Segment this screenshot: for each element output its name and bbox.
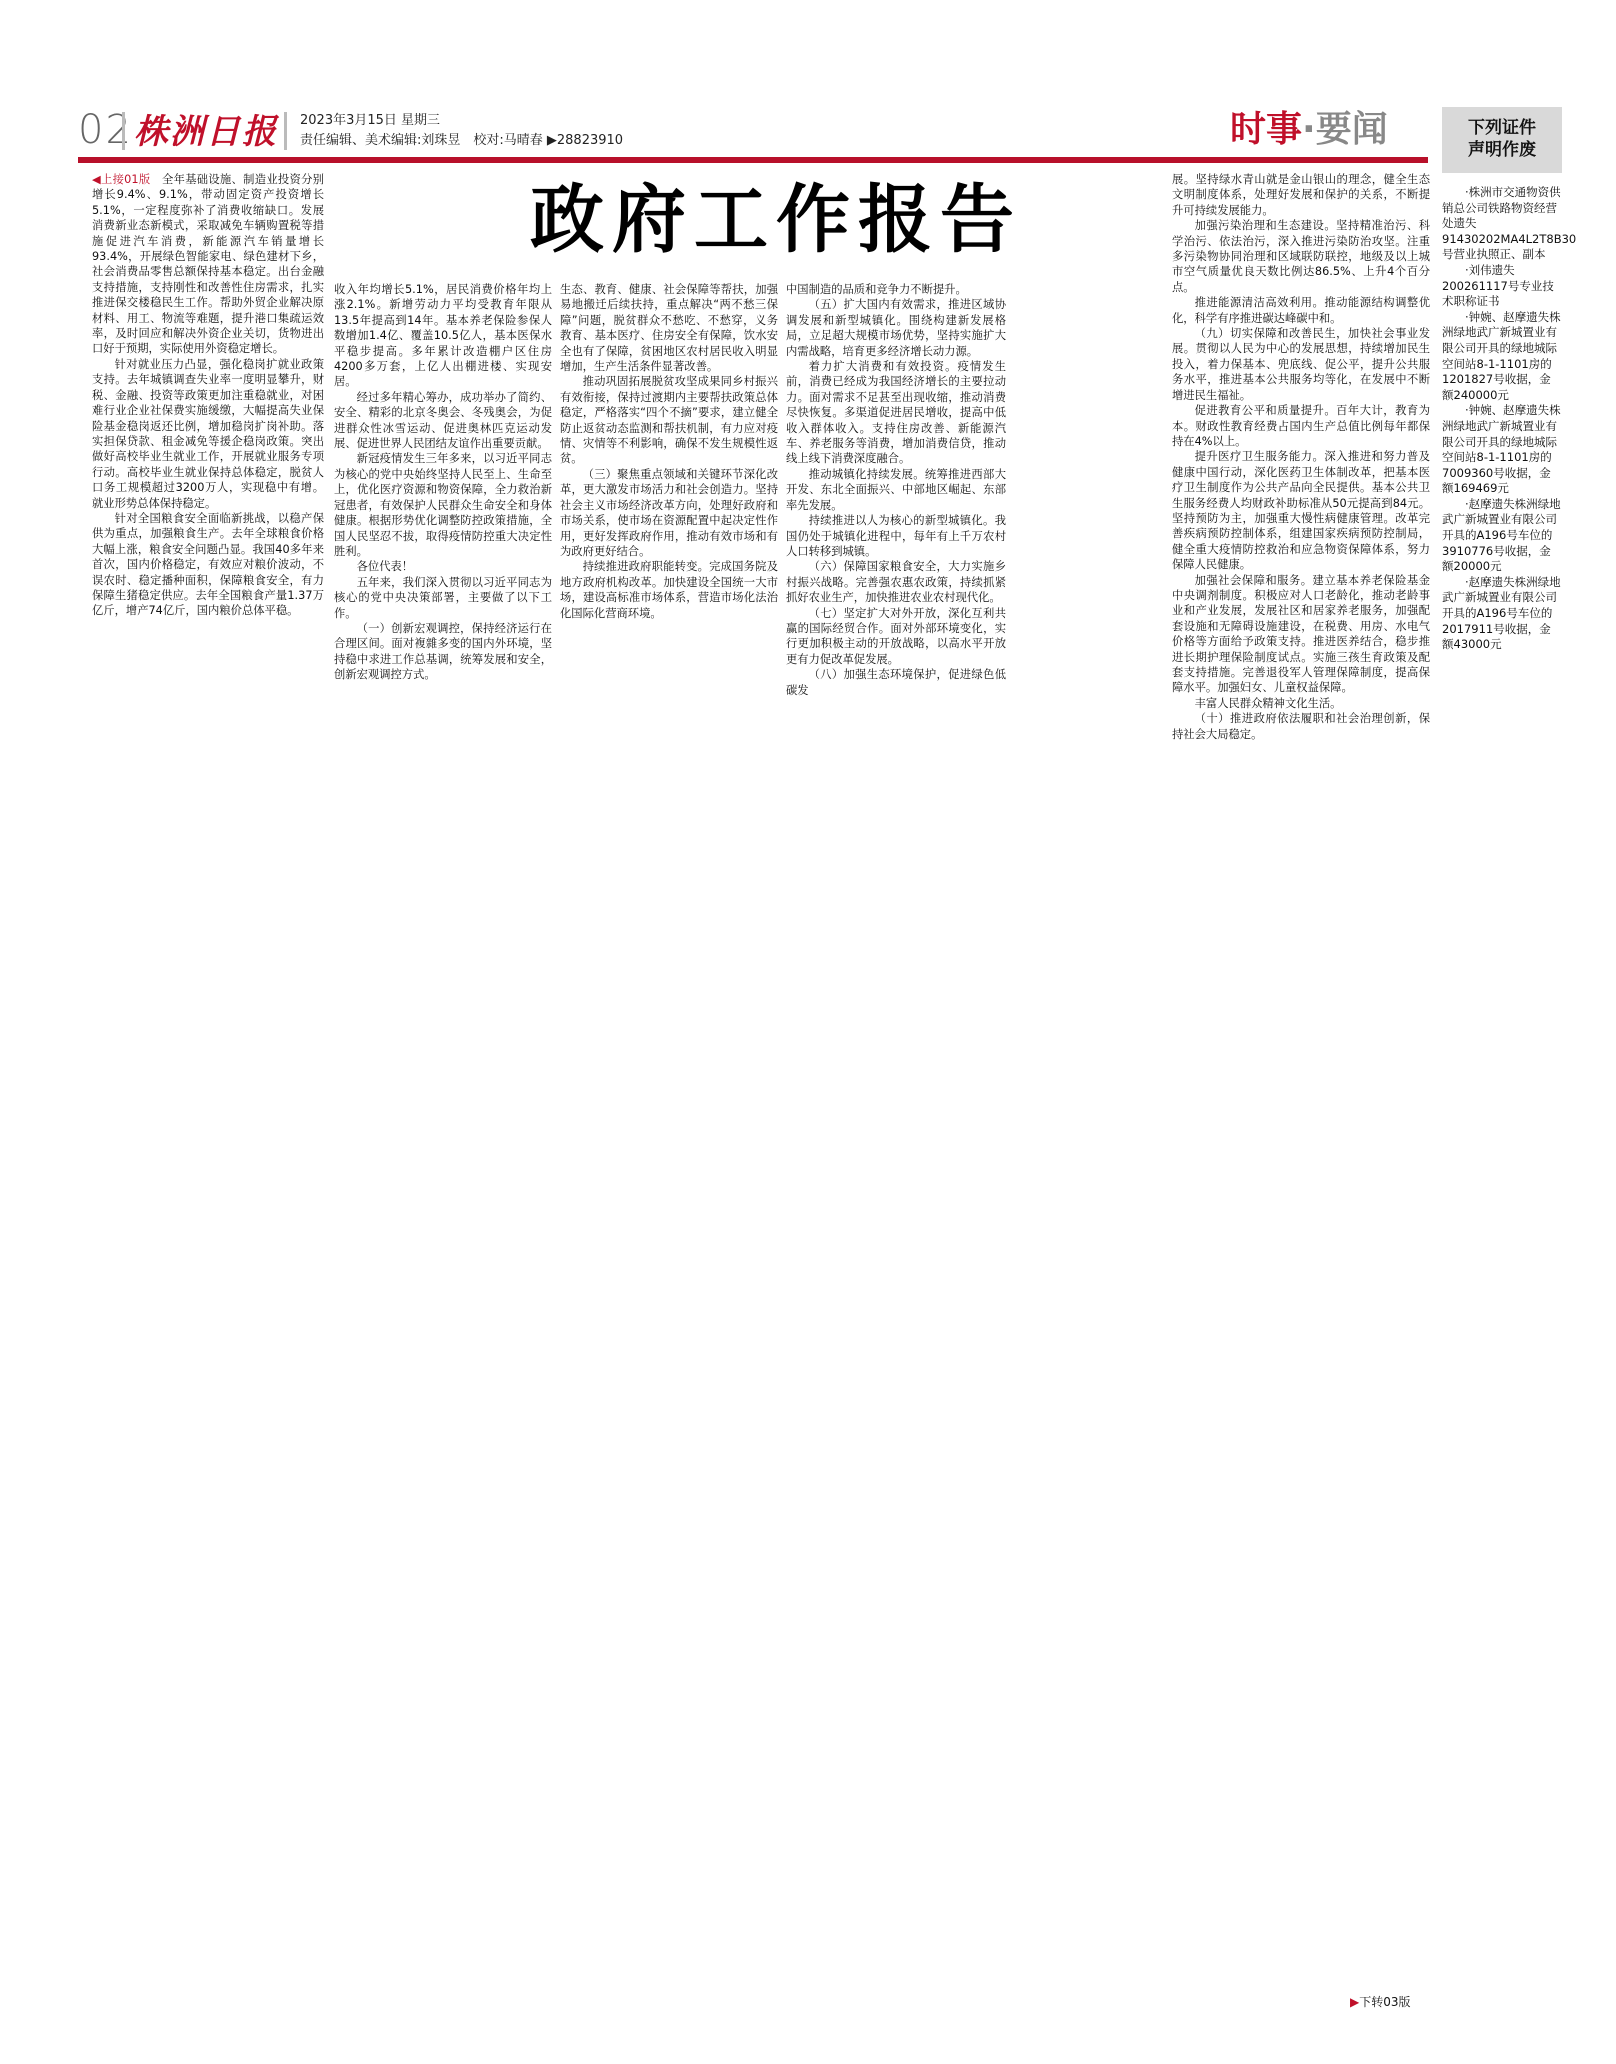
- article-column-1: ◀上接01版 全年基础设施、制造业投资分别增长9.4%、9.1%，带动固定资产投…: [92, 172, 324, 2032]
- section-title-primary: 时事: [1230, 109, 1302, 150]
- continued-to-label: 下转03版: [1359, 1995, 1410, 2009]
- paragraph: 促进教育公平和质量提升。百年大计，教育为本。财政性教育经费占国内生产总值比例每年…: [1172, 403, 1430, 449]
- paragraph: 加强污染治理和生态建设。坚持精准治污、科学治污、依法治污，深入推进污染防治攻坚。…: [1172, 218, 1430, 295]
- paragraph: 加强社会保障和服务。建立基本养老保险基金中央调剂制度。积极应对人口老龄化，推动老…: [1172, 573, 1430, 696]
- newspaper-logo: 株洲日报: [134, 112, 278, 152]
- notice-box-line2: 声明作废: [1442, 139, 1562, 161]
- paragraph: 针对全国粮食安全面临新挑战，以稳产保供为重点，加强粮食生产。去年全球粮食价格大幅…: [92, 511, 324, 619]
- paragraph: （一）创新宏观调控，保持经济运行在合理区间。面对複雜多变的国内外环境，坚持稳中求…: [334, 621, 552, 683]
- notice-item: ·刘伟遗失200261117号专业技术职称证书: [1442, 263, 1562, 310]
- paragraph: （七）坚定扩大对外开放，深化互利共赢的国际经贸合作。面对外部环境变化，实行更加积…: [786, 606, 1006, 668]
- masthead: 02 株洲日报 2023年3月15日 星期三 责任编辑、美术编辑:刘珠昱 校对:…: [78, 108, 1418, 156]
- notice-item: ·钟婉、赵摩遗失株洲绿地武广新城置业有限公司开具的绿地城际空间站8-1-1101…: [1442, 310, 1562, 404]
- divider: [122, 112, 125, 150]
- paragraph: 展。坚持绿水青山就是金山银山的理念，健全生态文明制度体系，处理好发展和保护的关系…: [1172, 172, 1430, 218]
- paragraph: （十）推进政府依法履职和社会治理创新，保持社会大局稳定。: [1172, 711, 1430, 742]
- paragraph: 持续推进以人为核心的新型城镇化。我国仍处于城镇化进程中，每年有上千万农村人口转移…: [786, 513, 1006, 559]
- article-headline: 政府工作报告: [530, 175, 1022, 265]
- arrow-right-icon: ▶: [1350, 1995, 1359, 2009]
- notice-item: ·赵摩遗失株洲绿地武广新城置业有限公司开具的A196号车位的3910776号收据…: [1442, 497, 1562, 575]
- notice-item: ·钟婉、赵摩遗失株洲绿地武广新城置业有限公司开具的绿地城际空间站8-1-1101…: [1442, 403, 1562, 497]
- paragraph: 生态、教育、健康、社会保障等帮扶，加强易地搬迁后续扶持，重点解决“两不愁三保障”…: [560, 282, 778, 374]
- notice-item: ·赵摩遗失株洲绿地武广新城置业有限公司开具的A196号车位的2017911号收据…: [1442, 575, 1562, 653]
- editor-credits: 责任编辑、美术编辑:刘珠昱 校对:马晴春 ▶28823910: [300, 132, 623, 150]
- paragraph: 经过多年精心筹办，成功举办了简约、安全、精彩的北京冬奥会、冬残奥会，为促进群众性…: [334, 390, 552, 452]
- paragraph: 丰富人民群众精神文化生活。: [1172, 696, 1430, 711]
- notice-item: ·株洲市交通物资供销总公司铁路物资经营处遗失91430202MA4L2T8B30…: [1442, 185, 1562, 263]
- paragraph: 着力扩大消费和有效投资。疫情发生前，消费已经成为我国经济增长的主要拉动力。面对需…: [786, 359, 1006, 467]
- paragraph: 推动城镇化持续发展。统筹推进西部大开发、东北全面振兴、中部地区崛起、东部率先发展…: [786, 467, 1006, 513]
- article-column-3: 生态、教育、健康、社会保障等帮扶，加强易地搬迁后续扶持，重点解决“两不愁三保障”…: [560, 282, 778, 2032]
- paragraph: 推进能源清洁高效利用。推动能源结构调整优化，科学有序推进碳达峰碳中和。: [1172, 295, 1430, 326]
- article-column-5: 展。坚持绿水青山就是金山银山的理念，健全生态文明制度体系，处理好发展和保护的关系…: [1172, 172, 1430, 1987]
- paragraph: （三）聚焦重点领域和关键环节深化改革，更大激发市场活力和社会创造力。坚持社会主义…: [560, 467, 778, 559]
- paragraph: 持续推进政府职能转变。完成国务院及地方政府机构改革。加快建设全国统一大市场，建设…: [560, 559, 778, 621]
- paragraph: 收入年均增长5.1%，居民消费价格年均上涨2.1%。新增劳动力平均受教育年限从1…: [334, 282, 552, 390]
- paragraph: 推动巩固拓展脱贫攻坚成果同乡村振兴有效衔接，保持过渡期内主要帮扶政策总体稳定，严…: [560, 374, 778, 466]
- section-dot: ·: [1302, 109, 1316, 150]
- paragraph: （六）保障国家粮食安全，大力实施乡村振兴战略。完善强农惠农政策，持续抓紧抓好农业…: [786, 559, 1006, 605]
- paragraph: （九）切实保障和改善民生，加快社会事业发展。贯彻以人民为中心的发展思想，持续增加…: [1172, 326, 1430, 403]
- lost-document-notices: ·株洲市交通物资供销总公司铁路物资经营处遗失91430202MA4L2T8B30…: [1442, 185, 1562, 653]
- divider: [284, 112, 287, 150]
- notice-box-title: 下列证件 声明作废: [1442, 107, 1562, 173]
- paragraph: 五年来，我们深入贯彻以习近平同志为核心的党中央决策部署，主要做了以下工作。: [334, 575, 552, 621]
- paragraph: 全年基础设施、制造业投资分别增长9.4%、9.1%，带动固定资产投资增长5.1%…: [92, 173, 324, 355]
- header-rule: [78, 157, 1428, 163]
- paragraph: 各位代表！: [334, 559, 552, 574]
- paragraph: （八）加强生态环境保护，促进绿色低碳发: [786, 667, 1006, 698]
- continued-to-marker: ▶下转03版: [1350, 1993, 1411, 2010]
- paragraph: 中国制造的品质和竞争力不断提升。: [786, 282, 1006, 297]
- article-column-2: 收入年均增长5.1%，居民消费价格年均上涨2.1%。新增劳动力平均受教育年限从1…: [334, 282, 552, 2032]
- paragraph: （五）扩大国内有效需求，推进区域协调发展和新型城镇化。围绕构建新发展格局，立足超…: [786, 297, 1006, 359]
- article-column-4: 中国制造的品质和竞争力不断提升。 （五）扩大国内有效需求，推进区域协调发展和新型…: [786, 282, 1006, 2032]
- paragraph: 提升医疗卫生服务能力。深入推进和努力普及健康中国行动，深化医药卫生体制改革，把基…: [1172, 449, 1430, 572]
- section-title-secondary: 要闻: [1316, 109, 1388, 150]
- section-title: 时事·要闻: [1230, 108, 1388, 152]
- issue-date: 2023年3月15日 星期三: [300, 112, 440, 130]
- paragraph: 新冠疫情发生三年多来，以习近平同志为核心的党中央始终坚持人民至上、生命至上，优化…: [334, 451, 552, 559]
- paragraph: 针对就业压力凸显，强化稳岗扩就业政策支持。去年城镇调查失业率一度明显攀升，财税、…: [92, 357, 324, 511]
- notice-box-line1: 下列证件: [1442, 117, 1562, 139]
- continued-from-marker: ◀上接01版: [92, 173, 150, 186]
